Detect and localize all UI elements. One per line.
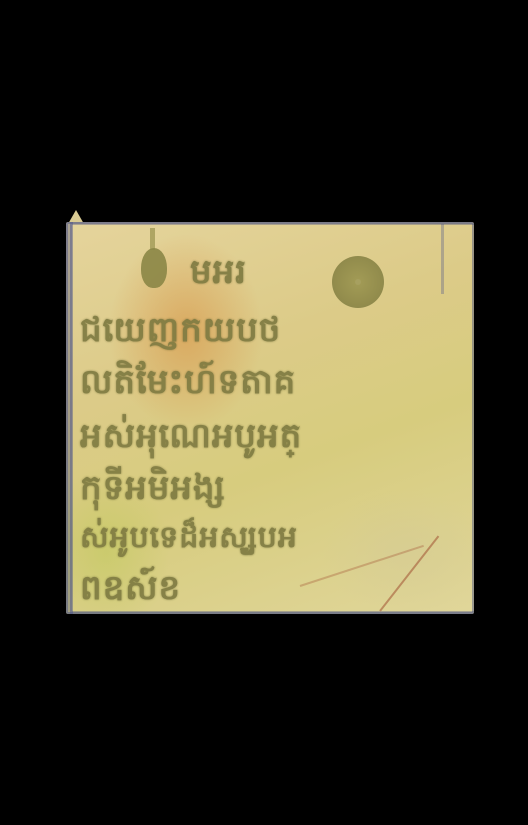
inscription-line-4: កុទីអមិអង្ស (80, 466, 470, 516)
inscription-line-5: ស់អូបទេដ៏អស្ស្ទបអ (80, 518, 470, 562)
inscription-line-3: អស់អុណេអបូអត្ (80, 414, 470, 464)
inscription-line-6: ពឧស៍ខ (80, 566, 470, 616)
bell-symbol-icon (141, 248, 167, 288)
inscription-line-2: លតិមែះហ៍ទតាគ (80, 360, 470, 410)
plate-left-edge (70, 222, 73, 614)
inscription-header: មអរ (190, 250, 528, 300)
bell-stem (150, 228, 155, 250)
inscription-line-1: ជយេញកយបថ (80, 308, 470, 358)
